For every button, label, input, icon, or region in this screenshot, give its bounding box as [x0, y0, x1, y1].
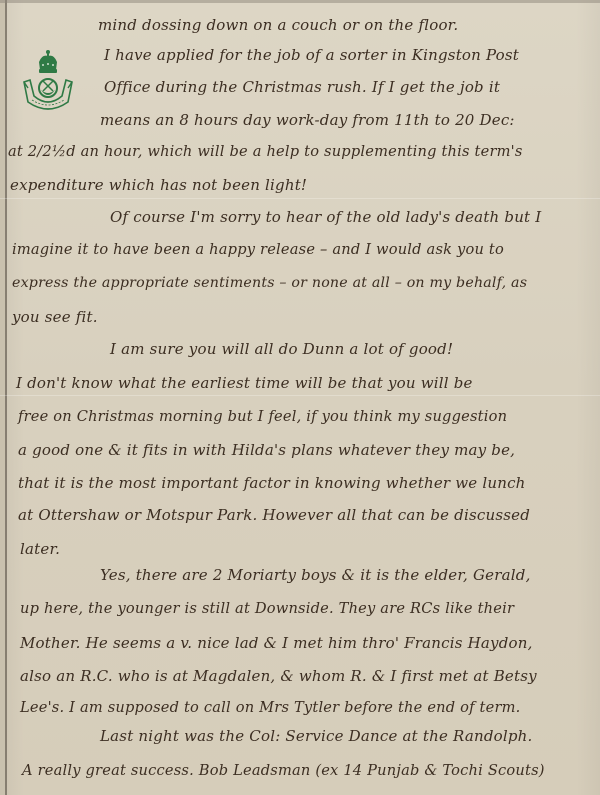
letter-line: means an 8 hours day work-day from 11th …	[100, 111, 515, 129]
page-left-border	[5, 0, 7, 795]
letter-line: Yes, there are 2 Moriarty boys & it is t…	[100, 566, 531, 584]
paper-fold-line	[0, 395, 600, 396]
page-top-border	[0, 0, 600, 3]
letter-line: express the appropriate sentiments – or …	[12, 275, 527, 291]
letter-line: I have applied for the job of a sorter i…	[104, 46, 519, 64]
letter-line: I am sure you will all do Dunn a lot of …	[110, 340, 453, 358]
letter-line: Lee's. I am supposed to call on Mrs Tytl…	[20, 699, 521, 716]
letter-line: Last night was the Col: Service Dance at…	[100, 727, 533, 745]
letter-line: A really great success. Bob Leadsman (ex…	[22, 762, 545, 779]
letter-line: you see fit.	[12, 308, 98, 326]
letter-line: expenditure which has not been light!	[10, 176, 307, 194]
letter-line: that it is the most important factor in …	[18, 474, 526, 492]
letter-line: Mother. He seems a v. nice lad & I met h…	[20, 634, 533, 652]
letter-line: at 2/2½d an hour, which will be a help t…	[8, 143, 523, 160]
letter-line: also an R.C. who is at Magdalen, & whom …	[20, 667, 537, 685]
letter-line: at Ottershaw or Motspur Park. However al…	[18, 506, 530, 524]
letter-line: a good one & it fits in with Hilda's pla…	[18, 441, 515, 459]
letter-line: later.	[20, 540, 60, 558]
letter-page: mind dossing down on a couch or on the f…	[0, 0, 600, 795]
regimental-crest-icon	[22, 48, 98, 118]
letter-line: free on Christmas morning but I feel, if…	[18, 408, 507, 425]
letter-line: Office during the Christmas rush. If I g…	[104, 78, 500, 96]
letter-line: imagine it to have been a happy release …	[12, 241, 504, 258]
letter-line: up here, the younger is still at Downsid…	[20, 600, 514, 617]
letter-line: I don't know what the earliest time will…	[16, 374, 473, 392]
paper-fold-line	[0, 198, 600, 199]
letter-line: Of course I'm sorry to hear of the old l…	[110, 208, 541, 226]
letter-line: mind dossing down on a couch or on the f…	[98, 16, 458, 34]
